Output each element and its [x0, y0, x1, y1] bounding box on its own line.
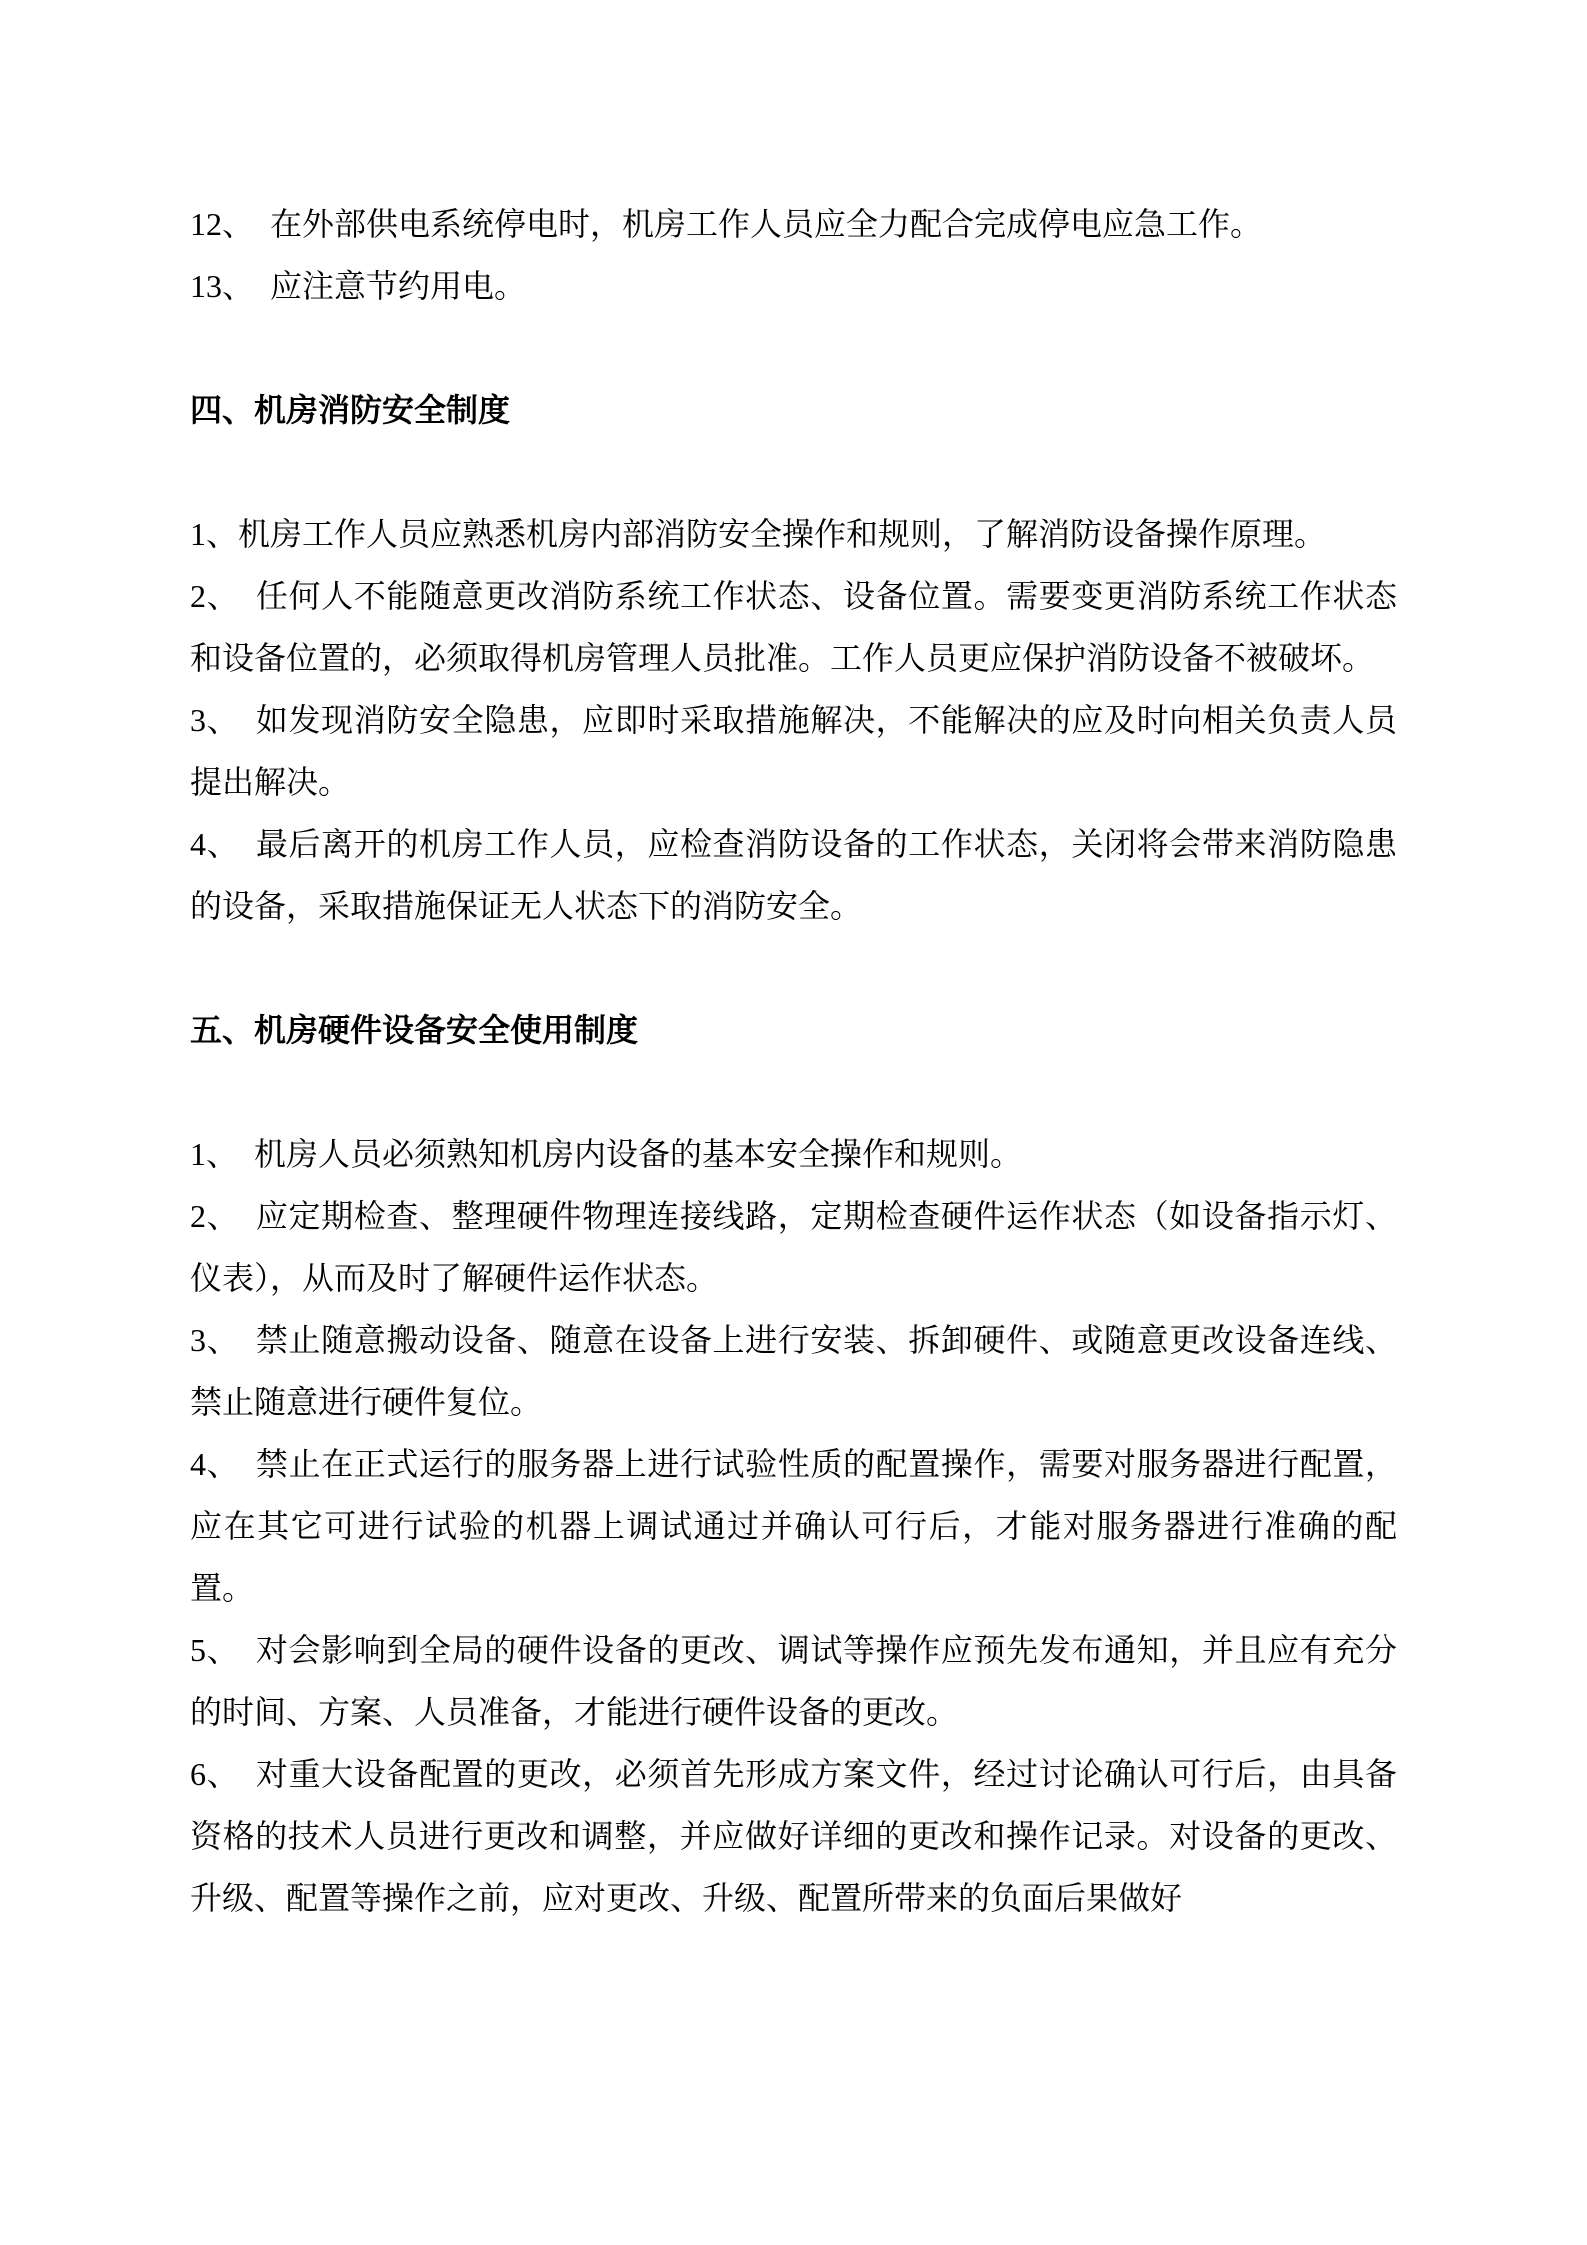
- item-13: 13、 应注意节约用电。: [190, 255, 1397, 317]
- heading-section-4: 四、机房消防安全制度: [190, 379, 1397, 441]
- section4-item-2: 2、 任何人不能随意更改消防系统工作状态、设备位置。需要变更消防系统工作状态和设…: [190, 565, 1397, 689]
- document-body: 12、 在外部供电系统停电时，机房工作人员应全力配合完成停电应急工作。 13、 …: [190, 193, 1397, 1929]
- section4-item-4: 4、 最后离开的机房工作人员，应检查消防设备的工作状态，关闭将会带来消防隐患的设…: [190, 813, 1397, 937]
- section5-item-6: 6、 对重大设备配置的更改，必须首先形成方案文件，经过讨论确认可行后，由具备资格…: [190, 1743, 1397, 1929]
- section5-item-5: 5、 对会影响到全局的硬件设备的更改、调试等操作应预先发布通知，并且应有充分的时…: [190, 1619, 1397, 1743]
- heading-section-5: 五、机房硬件设备安全使用制度: [190, 999, 1397, 1061]
- section5-item-3: 3、 禁止随意搬动设备、随意在设备上进行安装、拆卸硬件、或随意更改设备连线、禁止…: [190, 1309, 1397, 1433]
- document-page: 12、 在外部供电系统停电时，机房工作人员应全力配合完成停电应急工作。 13、 …: [0, 0, 1587, 2245]
- section5-item-1: 1、 机房人员必须熟知机房内设备的基本安全操作和规则。: [190, 1123, 1397, 1185]
- section5-item-2: 2、 应定期检查、整理硬件物理连接线路，定期检查硬件运作状态（如设备指示灯、仪表…: [190, 1185, 1397, 1309]
- section5-item-4: 4、 禁止在正式运行的服务器上进行试验性质的配置操作，需要对服务器进行配置，应在…: [190, 1433, 1397, 1619]
- section4-item-1: 1、机房工作人员应熟悉机房内部消防安全操作和规则，了解消防设备操作原理。: [190, 503, 1397, 565]
- item-12: 12、 在外部供电系统停电时，机房工作人员应全力配合完成停电应急工作。: [190, 193, 1397, 255]
- section4-item-3: 3、 如发现消防安全隐患，应即时采取措施解决，不能解决的应及时向相关负责人员提出…: [190, 689, 1397, 813]
